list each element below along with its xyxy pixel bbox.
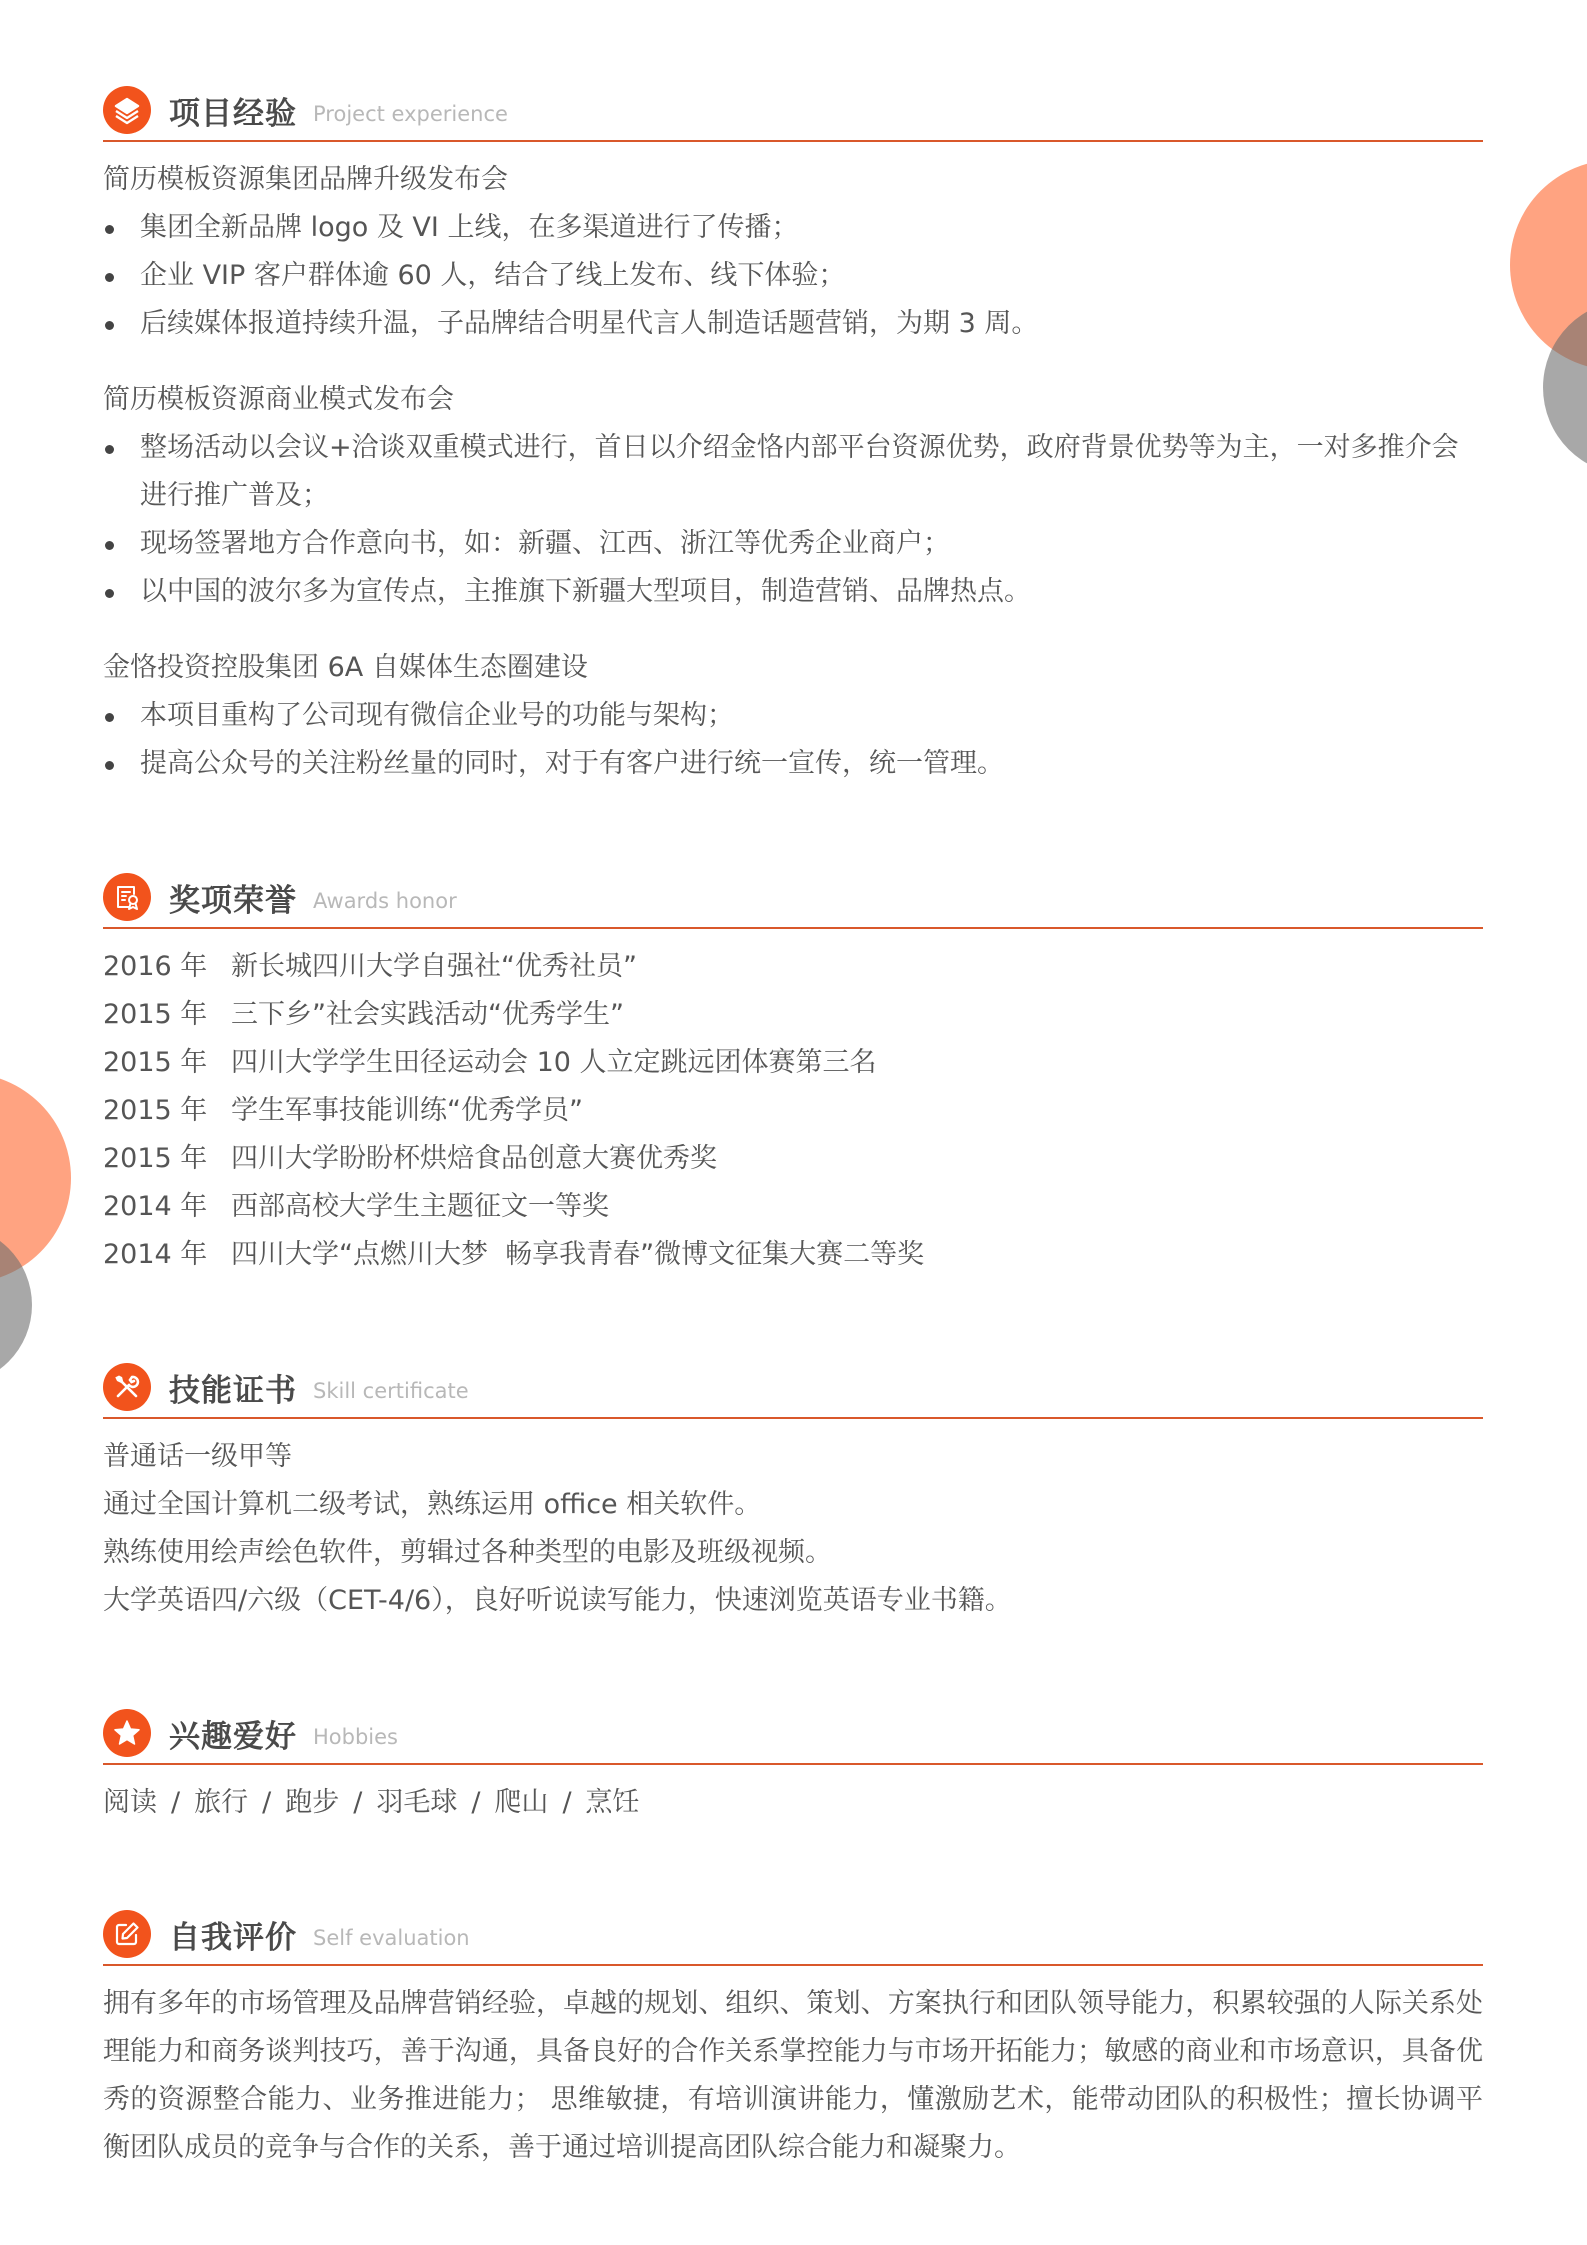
- award-row: 2014 年四川大学“点燃川大梦 畅享我青春”微博文征集大赛二等奖: [103, 1231, 1483, 1279]
- self-evaluation-text: 拥有多年的市场管理及品牌营销经验，卓越的规划、组织、策划、方案执行和团队领导能力…: [103, 1980, 1483, 2172]
- award-row: 2016 年新长城四川大学自强社“优秀社员”: [103, 943, 1483, 991]
- project-title: 简历模板资源集团品牌升级发布会: [103, 156, 1483, 204]
- section-hobbies: 兴趣爱好 Hobbies 阅读 / 旅行 / 跑步 / 羽毛球 / 爬山 / 烹…: [103, 1705, 1483, 1827]
- layers-icon: [103, 86, 151, 134]
- hobby-item: 阅读: [103, 1779, 157, 1827]
- award-year: 2014 年: [103, 1183, 231, 1231]
- section-header: 技能证书 Skill certificate: [103, 1359, 1483, 1415]
- section-header: 自我评价 Self evaluation: [103, 1906, 1483, 1962]
- award-row: 2015 年四川大学盼盼杯烘焙食品创意大赛优秀奖: [103, 1135, 1483, 1183]
- section-title: 技能证书: [169, 1365, 297, 1410]
- project-bullet: 提高公众号的关注粉丝量的同时，对于有客户进行统一宣传，统一管理。: [103, 740, 1483, 788]
- project-list: 简历模板资源集团品牌升级发布会 集团全新品牌 logo 及 VI 上线，在多渠道…: [103, 156, 1483, 788]
- certificate-icon: [103, 873, 151, 921]
- award-text: 西部高校大学生主题征文一等奖: [231, 1183, 609, 1231]
- award-text: 四川大学盼盼杯烘焙食品创意大赛优秀奖: [231, 1135, 717, 1183]
- project-bullet: 集团全新品牌 logo 及 VI 上线，在多渠道进行了传播；: [103, 204, 1483, 252]
- hobby-item: 跑步: [285, 1779, 339, 1827]
- award-text: 四川大学学生田径运动会 10 人立定跳远团体赛第三名: [231, 1039, 877, 1087]
- section-subtitle: Skill certificate: [313, 1371, 469, 1403]
- section-title: 奖项荣誉: [169, 875, 297, 920]
- skill-line: 普通话一级甲等: [103, 1433, 1483, 1481]
- section-project-experience: 项目经验 Project experience 简历模板资源集团品牌升级发布会 …: [103, 82, 1483, 816]
- award-row: 2015 年学生军事技能训练“优秀学员”: [103, 1087, 1483, 1135]
- hobby-item: 爬山: [494, 1779, 548, 1827]
- project-item: 简历模板资源集团品牌升级发布会 集团全新品牌 logo 及 VI 上线，在多渠道…: [103, 156, 1483, 348]
- section-subtitle: Self evaluation: [313, 1918, 470, 1950]
- skill-line: 熟练使用绘声绘色软件，剪辑过各种类型的电影及班级视频。: [103, 1529, 1483, 1577]
- section-divider: [103, 1964, 1483, 1966]
- award-text: 三下乡”社会实践活动“优秀学生”: [231, 991, 624, 1039]
- project-bullet: 企业 VIP 客户群体逾 60 人，结合了线上发布、线下体验；: [103, 252, 1483, 300]
- section-divider: [103, 1417, 1483, 1419]
- tools-icon: [103, 1363, 151, 1411]
- hobby-item: 旅行: [194, 1779, 248, 1827]
- hobby-separator: /: [171, 1779, 180, 1827]
- project-bullet: 后续媒体报道持续升温，子品牌结合明星代言人制造话题营销，为期 3 周。: [103, 300, 1483, 348]
- section-divider: [103, 140, 1483, 142]
- award-year: 2015 年: [103, 1087, 231, 1135]
- skills-list: 普通话一级甲等 通过全国计算机二级考试，熟练运用 office 相关软件。 熟练…: [103, 1433, 1483, 1625]
- project-item: 简历模板资源商业模式发布会 整场活动以会议+洽谈双重模式进行，首日以介绍金恪内部…: [103, 376, 1483, 616]
- awards-list: 2016 年新长城四川大学自强社“优秀社员” 2015 年三下乡”社会实践活动“…: [103, 943, 1483, 1279]
- award-text: 学生军事技能训练“优秀学员”: [231, 1087, 583, 1135]
- award-year: 2016 年: [103, 943, 231, 991]
- hobby-separator: /: [262, 1779, 271, 1827]
- hobbies-list: 阅读 / 旅行 / 跑步 / 羽毛球 / 爬山 / 烹饪: [103, 1779, 1483, 1827]
- section-awards: 奖项荣誉 Awards honor 2016 年新长城四川大学自强社“优秀社员”…: [103, 869, 1483, 1279]
- section-skills: 技能证书 Skill certificate 普通话一级甲等 通过全国计算机二级…: [103, 1359, 1483, 1625]
- award-row: 2015 年四川大学学生田径运动会 10 人立定跳远团体赛第三名: [103, 1039, 1483, 1087]
- section-header: 兴趣爱好 Hobbies: [103, 1705, 1483, 1761]
- skill-line: 大学英语四/六级（CET-4/6），良好听说读写能力，快速浏览英语专业书籍。: [103, 1577, 1483, 1625]
- award-year: 2014 年: [103, 1231, 231, 1279]
- award-year: 2015 年: [103, 1039, 231, 1087]
- project-item: 金恪投资控股集团 6A 自媒体生态圈建设 本项目重构了公司现有微信企业号的功能与…: [103, 644, 1483, 788]
- project-title: 简历模板资源商业模式发布会: [103, 376, 1483, 424]
- award-row: 2015 年三下乡”社会实践活动“优秀学生”: [103, 991, 1483, 1039]
- hobby-separator: /: [353, 1779, 362, 1827]
- section-self-evaluation: 自我评价 Self evaluation 拥有多年的市场管理及品牌营销经验，卓越…: [103, 1906, 1483, 2172]
- hobby-item: 羽毛球: [376, 1779, 457, 1827]
- award-text: 四川大学“点燃川大梦 畅享我青春”微博文征集大赛二等奖: [231, 1231, 924, 1279]
- hobby-separator: /: [471, 1779, 480, 1827]
- section-title: 自我评价: [169, 1912, 297, 1957]
- section-title: 兴趣爱好: [169, 1711, 297, 1756]
- section-subtitle: Awards honor: [313, 881, 457, 913]
- section-subtitle: Project experience: [313, 94, 508, 126]
- section-divider: [103, 1763, 1483, 1765]
- star-icon: [103, 1709, 151, 1757]
- project-bullet: 以中国的波尔多为宣传点，主推旗下新疆大型项目，制造营销、品牌热点。: [103, 568, 1483, 616]
- project-bullet: 整场活动以会议+洽谈双重模式进行，首日以介绍金恪内部平台资源优势，政府背景优势等…: [103, 424, 1483, 520]
- project-bullet: 本项目重构了公司现有微信企业号的功能与架构；: [103, 692, 1483, 740]
- award-year: 2015 年: [103, 1135, 231, 1183]
- project-title: 金恪投资控股集团 6A 自媒体生态圈建设: [103, 644, 1483, 692]
- award-text: 新长城四川大学自强社“优秀社员”: [231, 943, 637, 991]
- edit-icon: [103, 1910, 151, 1958]
- section-header: 奖项荣誉 Awards honor: [103, 869, 1483, 925]
- section-divider: [103, 927, 1483, 929]
- section-subtitle: Hobbies: [313, 1717, 398, 1749]
- award-row: 2014 年西部高校大学生主题征文一等奖: [103, 1183, 1483, 1231]
- section-header: 项目经验 Project experience: [103, 82, 1483, 138]
- award-year: 2015 年: [103, 991, 231, 1039]
- hobby-item: 烹饪: [586, 1779, 640, 1827]
- skill-line: 通过全国计算机二级考试，熟练运用 office 相关软件。: [103, 1481, 1483, 1529]
- project-bullet: 现场签署地方合作意向书，如：新疆、江西、浙江等优秀企业商户；: [103, 520, 1483, 568]
- hobby-separator: /: [562, 1779, 571, 1827]
- section-title: 项目经验: [169, 88, 297, 133]
